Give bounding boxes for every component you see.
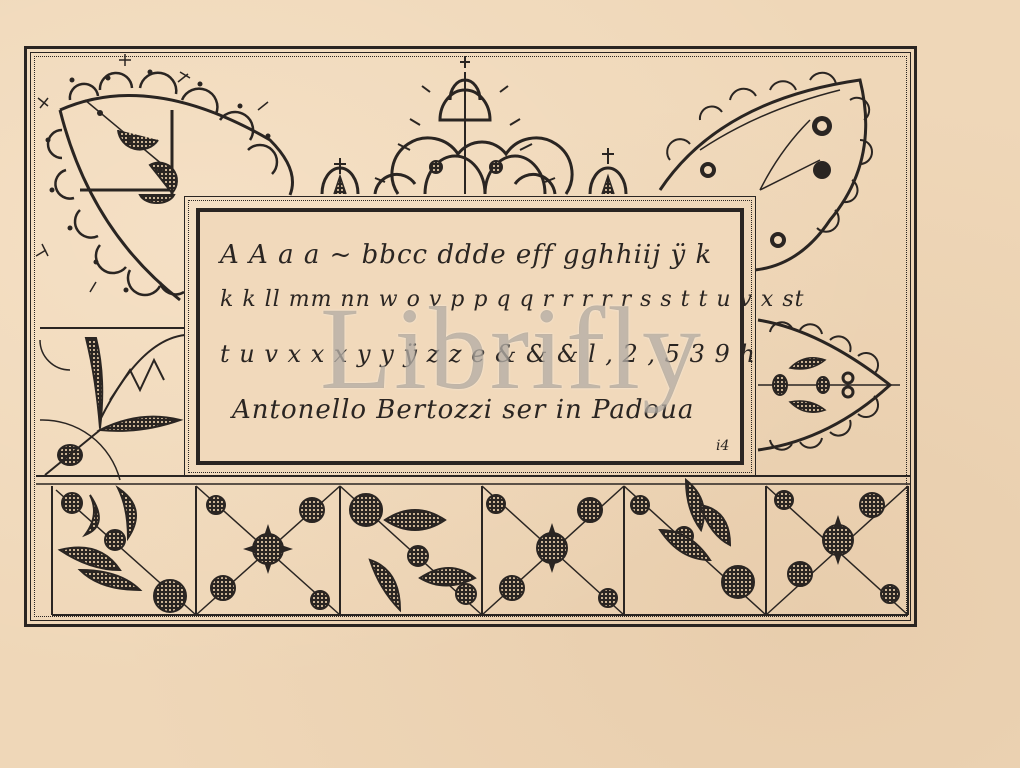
calligraphy-line-2: k k ll mm nn w o v p p q q r r r r r s s… [220,287,804,312]
small-crown-right [590,148,626,194]
calligraphy-signature-line: Antonello Bertozzi ser in Padoua [232,395,694,425]
calligraphy-line-3: t u v x x x y y ÿ z z e & & & l , 2 , 5 … [220,340,756,368]
left-lace-tile [40,335,185,480]
calligraphy-line-1: A A a a ~ bbcc ddde eff gghhiij ÿ k [220,240,712,270]
small-crown-left [322,158,358,194]
right-side-lace-ornament [758,320,900,450]
book-page: A A a a ~ bbcc ddde eff gghhiij ÿ k k k … [0,0,1020,768]
page-number: i4 [716,438,729,454]
top-center-lace-ornament [375,56,572,194]
bottom-tile-motifs [60,480,899,612]
